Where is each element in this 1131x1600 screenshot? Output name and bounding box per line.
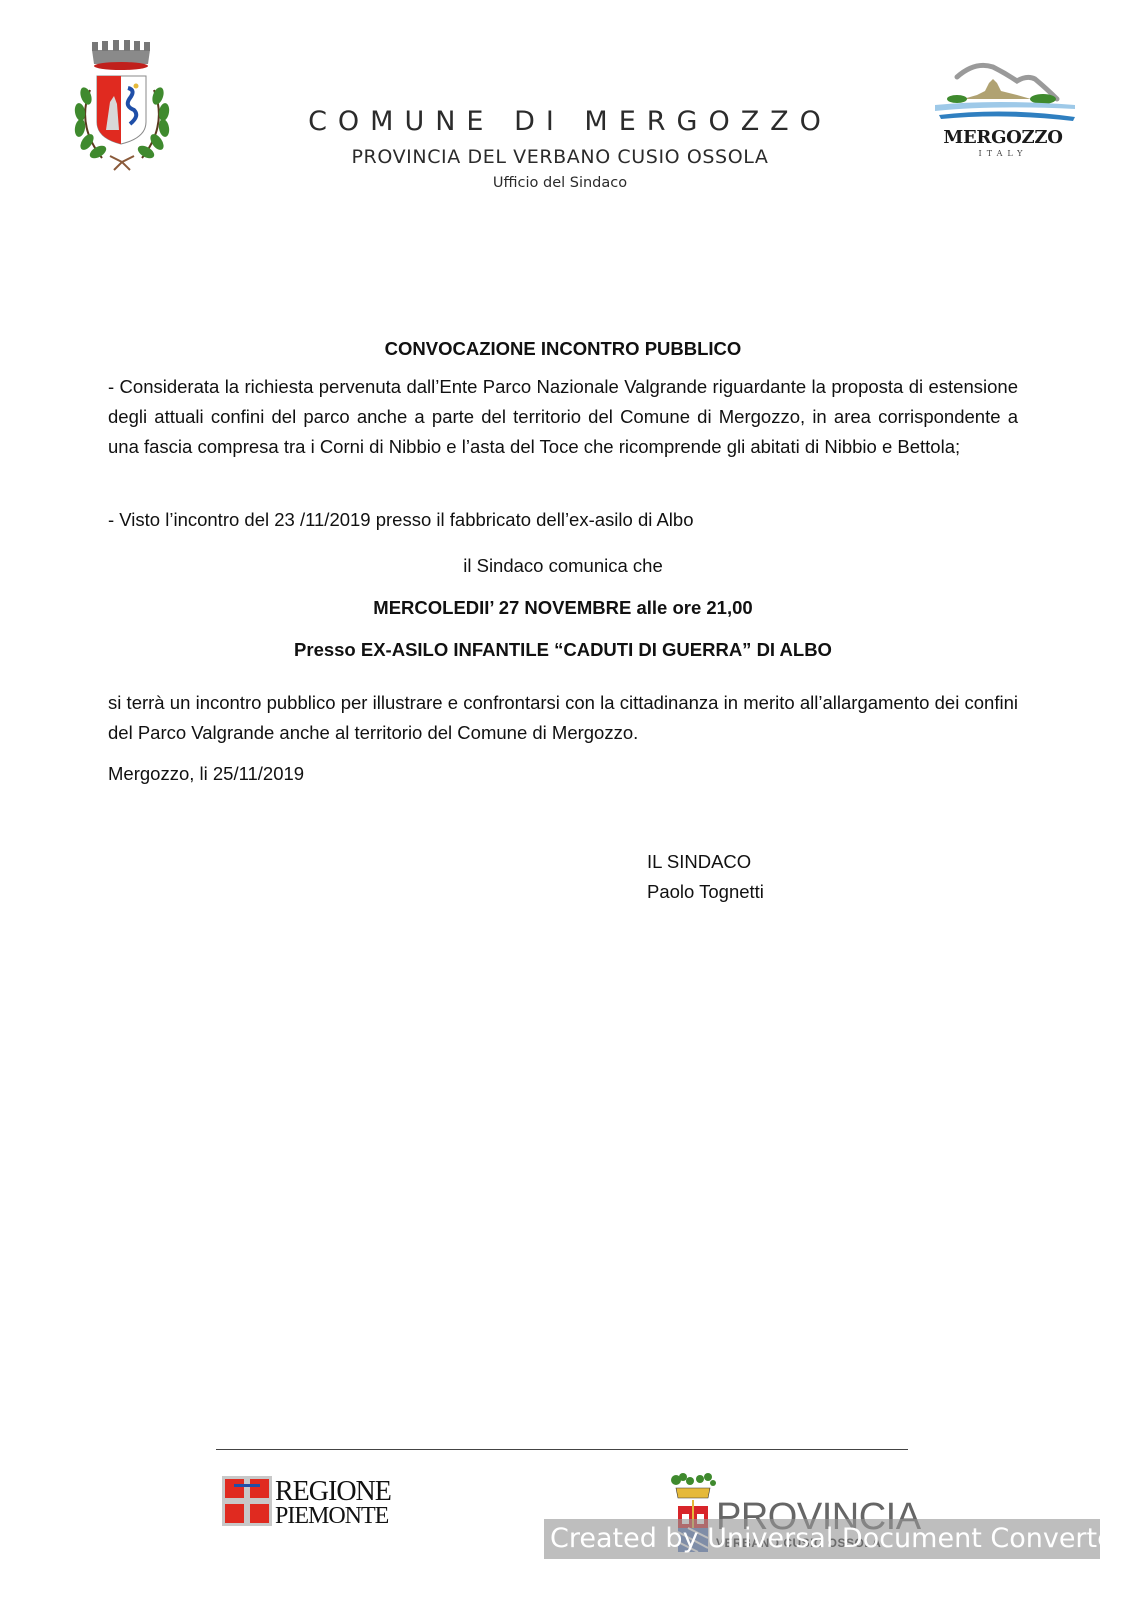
place-and-date: Mergozzo, li 25/11/2019: [108, 763, 508, 785]
piemonte-flag-icon: [222, 1476, 272, 1526]
signer-name: Paolo Tognetti: [647, 881, 764, 903]
converter-watermark: Created by Universal Document Converter: [544, 1519, 1100, 1559]
brand-subtitle: ITALY: [935, 149, 1071, 158]
piemonte-label: PIEMONTE: [275, 1503, 388, 1530]
regione-piemonte-logo: REGIONE PIEMONTE: [222, 1476, 412, 1528]
paragraph-visto: - Visto l’incontro del 23 /11/2019 press…: [108, 505, 1018, 535]
office-label: Ufficio del Sindaco: [250, 175, 870, 191]
event-date: MERCOLEDII’ 27 NOVEMBRE alle ore 21,00: [108, 597, 1018, 619]
municipality-title: COMUNE DI MERGOZZO: [250, 106, 890, 137]
paragraph-announcement: si terrà un incontro pubblico per illust…: [108, 688, 1018, 748]
paragraph-considerata: - Considerata la richiesta pervenuta dal…: [108, 372, 1018, 462]
footer-divider: [216, 1449, 908, 1450]
province-subtitle: PROVINCIA DEL VERBANO CUSIO OSSOLA: [250, 146, 870, 168]
municipal-crest-icon: [62, 30, 182, 180]
signer-role: IL SINDACO: [647, 851, 751, 873]
document-title: CONVOCAZIONE INCONTRO PUBBLICO: [108, 338, 1018, 360]
event-place: Presso EX-ASILO INFANTILE “CADUTI DI GUE…: [108, 639, 1018, 661]
mergozzo-brand-logo: MERGOZZO ITALY: [935, 55, 1085, 165]
brand-name: MERGOZZO: [935, 127, 1071, 148]
mergozzo-landscape-logo-icon: [935, 55, 1075, 127]
communication-line: il Sindaco comunica che: [108, 555, 1018, 577]
